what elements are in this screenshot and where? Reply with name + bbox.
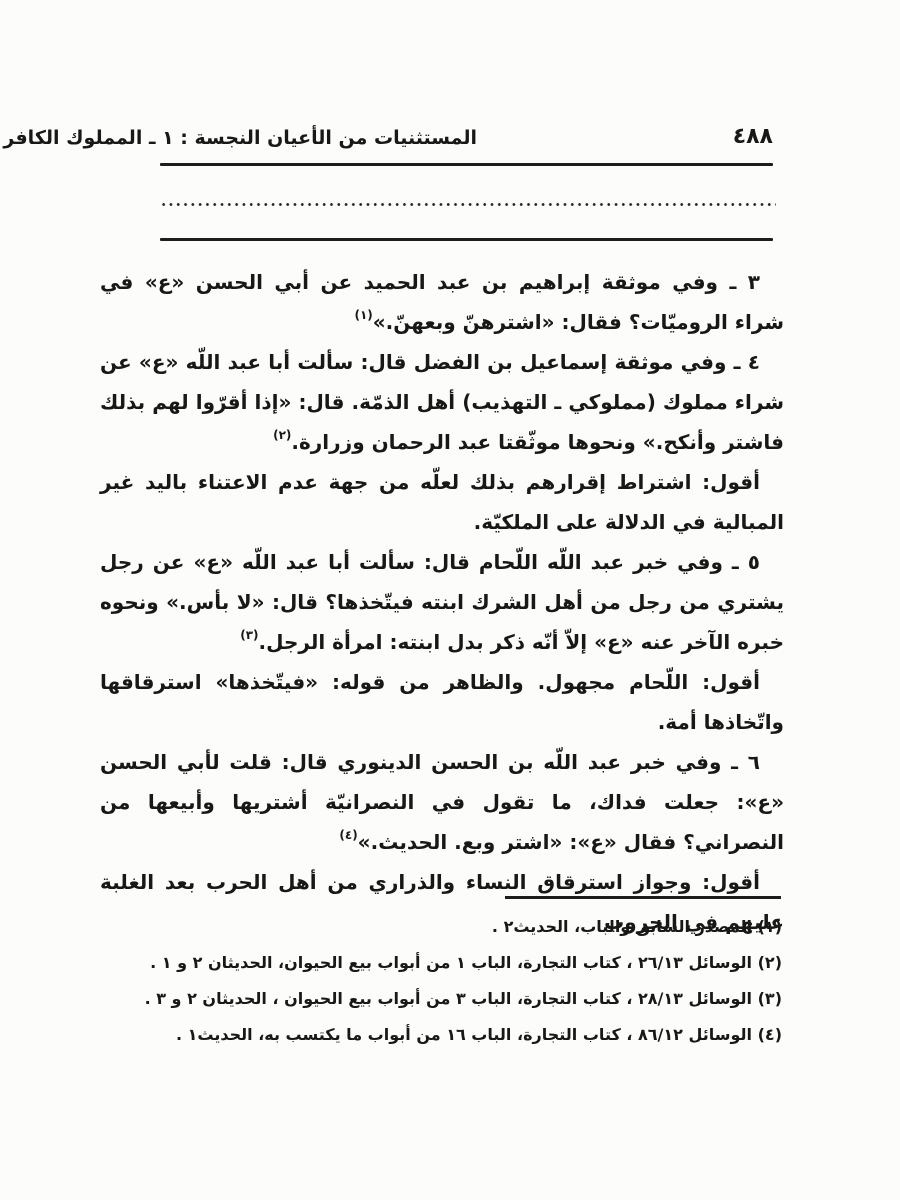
paragraph-text: ٣ ـ وفي موثقة إبراهيم بن عبد الحميد عن أ… xyxy=(100,270,784,334)
footnote-marker: (٣) xyxy=(240,628,258,642)
section-rule xyxy=(160,238,773,241)
footnote-marker: (٤) xyxy=(339,828,357,842)
paragraph: ٣ ـ وفي موثقة إبراهيم بن عبد الحميد عن أ… xyxy=(100,262,784,342)
paragraph: ٥ ـ وفي خبر عبد اللّه اللّحام قال: سألت … xyxy=(100,542,784,662)
paragraph-text: أقول: اشتراط إقرارهم بذلك لعلّه من جهة ع… xyxy=(100,470,784,534)
footnote-marker: (٢) xyxy=(273,428,291,442)
body-text-block: ٣ ـ وفي موثقة إبراهيم بن عبد الحميد عن أ… xyxy=(100,262,784,942)
scanned-book-page: المستثنيات من الأعيان النجسة : ١ ـ الممل… xyxy=(0,0,900,1200)
footnote-line: (٣) الوسائل ٢٨/١٣ ، كتاب التجارة، الباب … xyxy=(100,981,782,1017)
footnote-line: (١) المصدر السابق والباب، الحديث٢ . xyxy=(100,909,782,945)
paragraph: أقول: اللّحام مجهول. والظاهر من قوله: «ف… xyxy=(100,662,784,742)
paragraph-text: ٤ ـ وفي موثقة إسماعيل بن الفضل قال: سألت… xyxy=(100,350,784,454)
dotted-leader-line xyxy=(160,202,776,207)
paragraph-text: ٦ ـ وفي خبر عبد اللّه بن الحسن الدينوري … xyxy=(100,750,784,854)
page-number: ٤٨٨ xyxy=(733,124,773,149)
header-rule xyxy=(160,163,773,166)
footnotes-block: (١) المصدر السابق والباب، الحديث٢ .(٢) ا… xyxy=(100,909,782,1053)
footnote-line: (٤) الوسائل ٨٦/١٢ ، كتاب التجارة، الباب … xyxy=(100,1017,782,1053)
footnote-marker: (١) xyxy=(354,308,372,322)
paragraph-text: أقول: اللّحام مجهول. والظاهر من قوله: «ف… xyxy=(100,670,784,734)
footnote-line: (٢) الوسائل ٢٦/١٣ ، كتاب التجارة، الباب … xyxy=(100,945,782,981)
running-header-title: المستثنيات من الأعيان النجسة : ١ ـ الممل… xyxy=(3,127,477,149)
footnote-separator-rule xyxy=(505,896,781,899)
paragraph: ٤ ـ وفي موثقة إسماعيل بن الفضل قال: سألت… xyxy=(100,342,784,462)
paragraph-text: ٥ ـ وفي خبر عبد اللّه اللّحام قال: سألت … xyxy=(100,550,784,654)
paragraph: ٦ ـ وفي خبر عبد اللّه بن الحسن الدينوري … xyxy=(100,742,784,862)
paragraph: أقول: اشتراط إقرارهم بذلك لعلّه من جهة ع… xyxy=(100,462,784,542)
